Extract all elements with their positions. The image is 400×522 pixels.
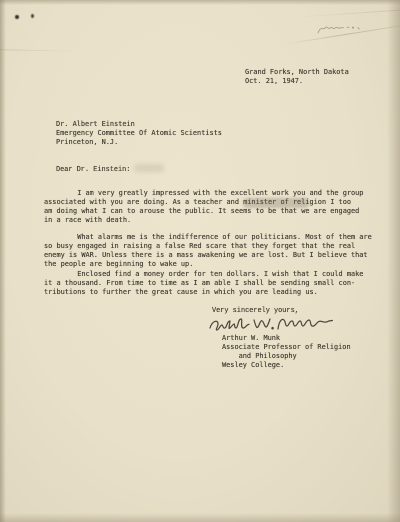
paragraph-1: I am very greatly impressed with the exc… <box>44 189 363 225</box>
pencil-note-handwriting <box>316 18 368 38</box>
dirt-speck <box>15 15 19 19</box>
smudge-mark <box>243 198 309 208</box>
dirt-speck <box>31 14 34 18</box>
paragraph-2: What alarms me is the indifference of ou… <box>44 233 372 269</box>
paper-crease <box>295 9 400 18</box>
salutation: Dear Dr. Einstein: <box>56 166 130 175</box>
signature-block: Arthur W. Munk Associate Professor of Re… <box>222 334 351 370</box>
paper-crease <box>0 49 82 51</box>
paragraph-3: Enclosed find a money order for ten doll… <box>44 270 363 297</box>
letter-scan: Grand Forks, North Dakota Oct. 21, 1947.… <box>0 0 400 522</box>
recipient-address: Dr. Albert Einstein Emergency Committee … <box>56 120 222 147</box>
dateline: Grand Forks, North Dakota Oct. 21, 1947. <box>245 68 349 86</box>
smudge-mark <box>134 164 164 172</box>
